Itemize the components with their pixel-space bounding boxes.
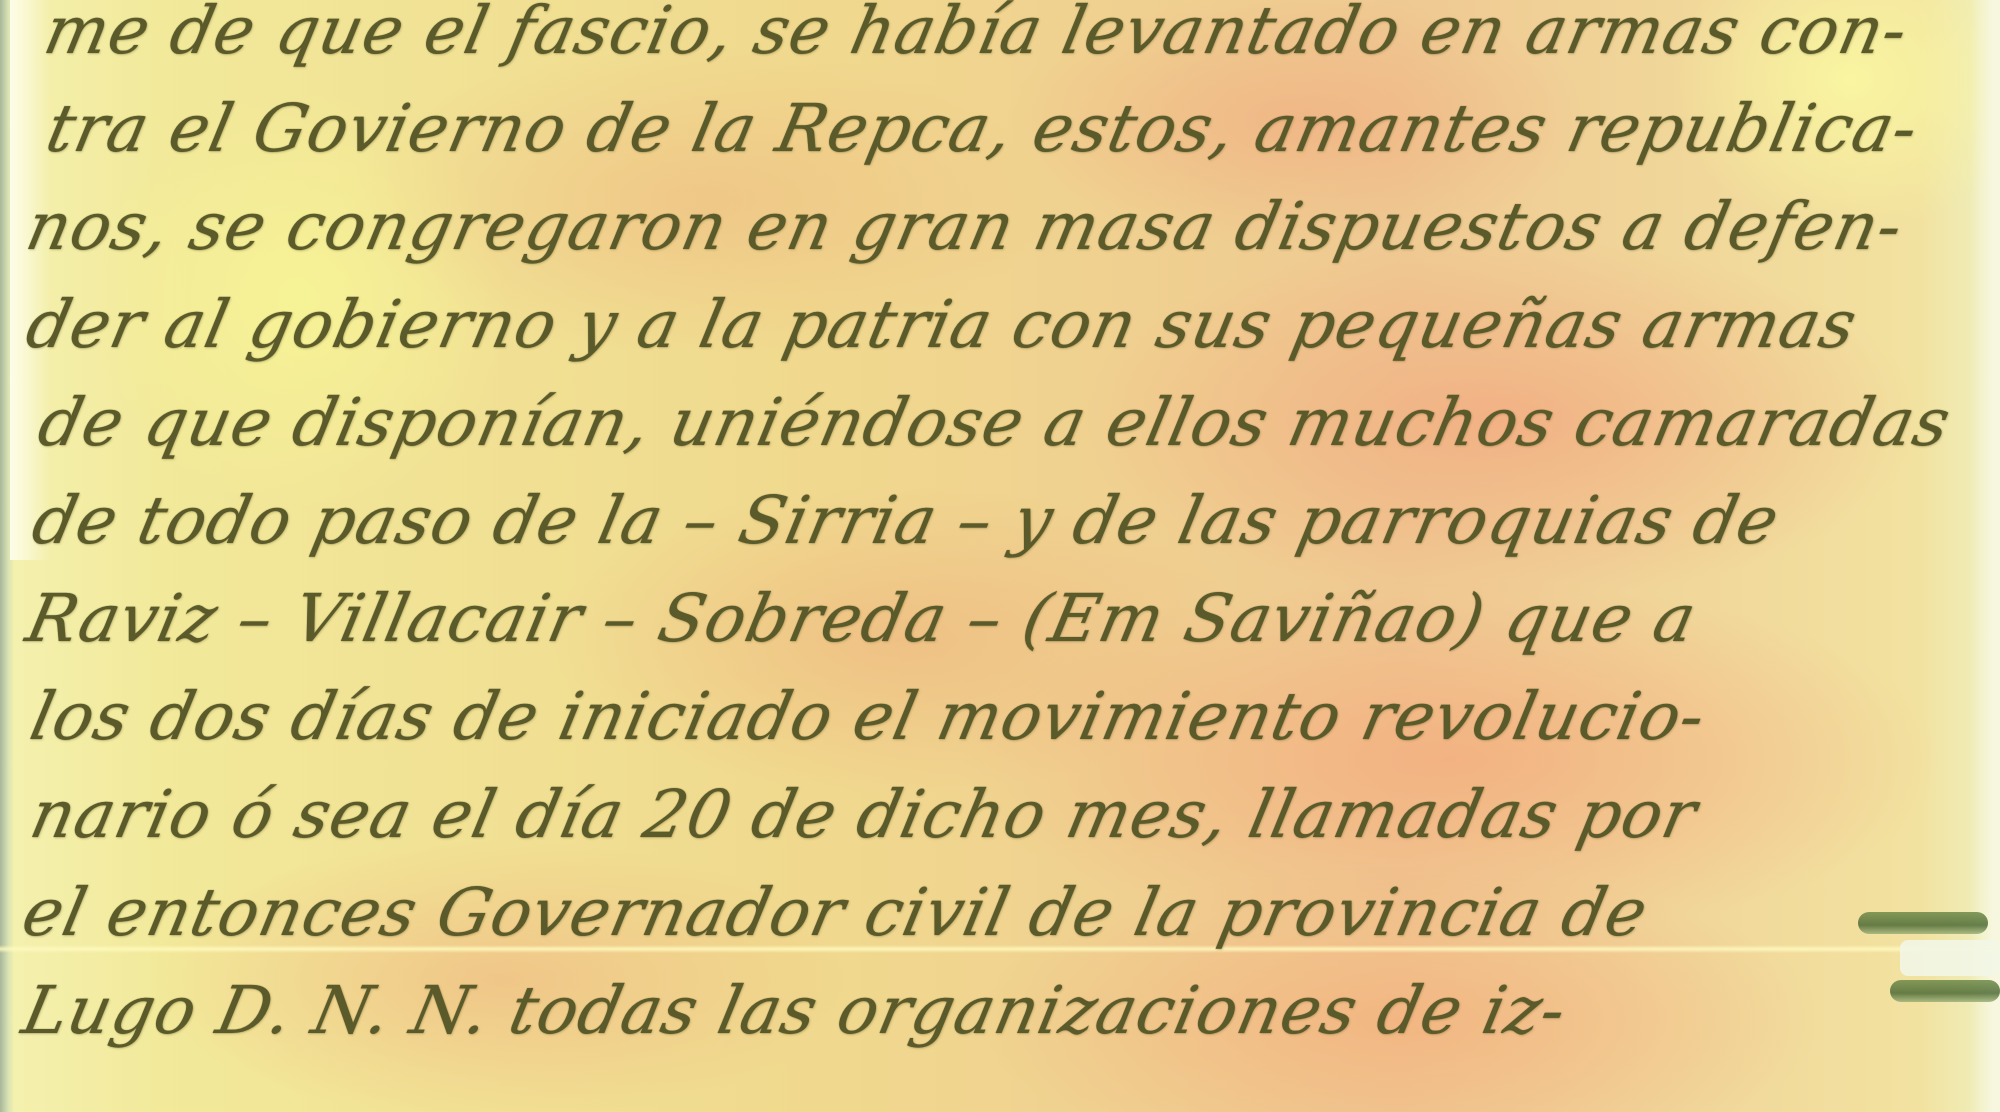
manuscript-line-5: de que disponían, uniéndose a ellos much… [30,374,1999,472]
manuscript-line-1: me de que el fascio, se había levantado … [36,0,1999,80]
manuscript-line-2: tra el Govierno de la Repca, estos, aman… [38,80,1999,178]
manuscript-line-3: nos, se congregaron en gran masa dispues… [18,178,1999,276]
manuscript-line-9: nario ó sea el día 20 de dicho mes, llam… [22,766,1999,864]
manuscript-line-4: der al gobierno y a la patria con sus pe… [18,276,1999,374]
manuscript-line-6: de todo paso de la – Sirria – y de las p… [24,472,1999,570]
handwritten-text-block: me de que el fascio, se había levantado … [28,0,1988,1060]
manuscript-line-8: los dos días de iniciado el movimiento r… [22,668,1999,766]
manuscript-line-10: el entonces Governador civil de la provi… [14,864,1999,962]
manuscript-page: me de que el fascio, se había levantado … [0,0,2000,1112]
manuscript-line-11: Lugo D. N. N. todas las organizaciones d… [14,962,1999,1060]
manuscript-line-7: Raviz – Villacair – Sobreda – (Em Saviña… [18,570,1999,668]
